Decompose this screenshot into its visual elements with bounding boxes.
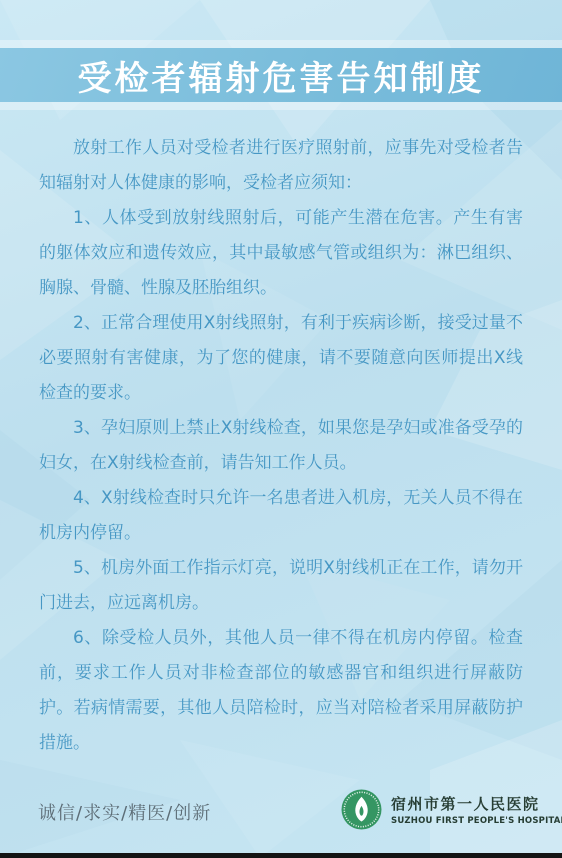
title-banner: 受检者辐射危害告知制度 bbox=[0, 40, 562, 110]
notice-item-5: 5、机房外面工作指示灯亮，说明X射线机正在工作，请勿开门进去，应远离机房。 bbox=[39, 551, 523, 621]
banner-bar: 受检者辐射危害告知制度 bbox=[0, 48, 562, 102]
notice-item-3: 3、孕妇原则上禁止X射线检查，如果您是孕妇或准备受孕的妇女，在X射线检查前，请告… bbox=[39, 411, 523, 481]
notice-body: 放射工作人员对受检者进行医疗照射前，应事先对受检者告知辐射对人体健康的影响，受检… bbox=[39, 131, 523, 761]
hospital-logo-icon bbox=[341, 789, 382, 830]
footer-slogan: 诚信/求实/精医/创新 bbox=[38, 799, 211, 825]
notice-item-4: 4、X射线检查时只允许一名患者进入机房，无关人员不得在机房内停留。 bbox=[39, 481, 523, 551]
page-title: 受检者辐射危害告知制度 bbox=[78, 51, 485, 100]
notice-item-2: 2、正常合理使用X射线照射，有利于疾病诊断，接受过量不必要照射有害健康，为了您的… bbox=[39, 306, 523, 411]
notice-item-6: 6、除受检人员外，其他人员一律不得在机房内停留。检查前，要求工作人员对非检查部位… bbox=[39, 621, 523, 761]
notice-item-1: 1、人体受到放射线照射后，可能产生潜在危害。产生有害的躯体效应和遗传效应，其中最… bbox=[39, 201, 523, 306]
bottom-border bbox=[0, 853, 562, 858]
banner-top-strip bbox=[0, 40, 562, 48]
intro-paragraph: 放射工作人员对受检者进行医疗照射前，应事先对受检者告知辐射对人体健康的影响，受检… bbox=[39, 131, 523, 201]
hospital-name-zh: 宿州市第一人民医院 bbox=[391, 793, 562, 814]
radiation-notice-poster: 受检者辐射危害告知制度 放射工作人员对受检者进行医疗照射前，应事先对受检者告知辐… bbox=[0, 0, 562, 858]
hospital-name-block: 宿州市第一人民医院 SUZHOU FIRST PEOPLE'S HOSPITAL bbox=[391, 793, 562, 826]
banner-bottom-strip bbox=[0, 102, 562, 110]
hospital-name-en: SUZHOU FIRST PEOPLE'S HOSPITAL bbox=[391, 816, 562, 826]
hospital-brand: 宿州市第一人民医院 SUZHOU FIRST PEOPLE'S HOSPITAL bbox=[341, 789, 562, 830]
